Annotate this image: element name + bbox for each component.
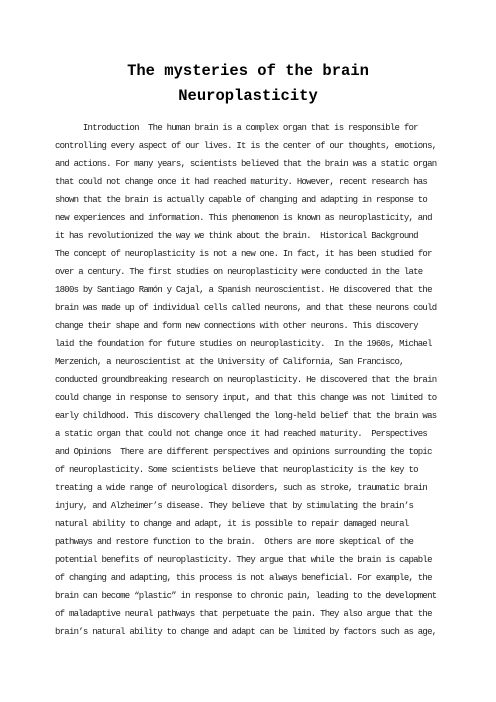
text-line: controlling every aspect of our lives. I… <box>55 137 451 155</box>
text-line: laid the foundation for future studies o… <box>55 335 451 353</box>
text-line: could change in response to sensory inpu… <box>55 389 451 407</box>
text-line: shown that the brain is actually capable… <box>55 191 451 209</box>
text-line: of maladaptive neural pathways that perp… <box>55 605 451 623</box>
text-line: brain was made up of individual cells ca… <box>55 299 451 317</box>
text-line: and Opinions There are different perspec… <box>55 443 451 461</box>
text-line: treating a wide range of neurological di… <box>55 479 451 497</box>
text-line: over a century. The first studies on neu… <box>55 263 451 281</box>
text-line: conducted groundbreaking research on neu… <box>55 371 451 389</box>
document-page: The mysteries of the brainNeuroplasticit… <box>0 0 496 702</box>
text-line: of changing and adapting, this process i… <box>55 569 451 587</box>
text-line: a static organ that could not change onc… <box>55 425 451 443</box>
text-line: injury, and Alzheimer’s disease. They be… <box>55 497 451 515</box>
text-line: brain can become “plastic” in response t… <box>55 587 451 605</box>
text-line: natural ability to change and adapt, it … <box>55 515 451 533</box>
title-line-1: The mysteries of the brain <box>127 62 369 80</box>
text-line: brain’s natural ability to change and ad… <box>55 623 451 641</box>
text-line: that could not change once it had reache… <box>55 173 451 191</box>
text-line: Introduction The human brain is a comple… <box>55 119 451 137</box>
text-line: The concept of neuroplasticity is not a … <box>55 245 451 263</box>
text-line: it has revolutionized the way we think a… <box>55 227 451 245</box>
title-line-2: Neuroplasticity <box>178 87 318 105</box>
text-line: Merzenich, a neuroscientist at the Unive… <box>55 353 451 371</box>
text-line: of neuroplasticity. Some scientists beli… <box>55 461 451 479</box>
document-title: The mysteries of the brainNeuroplasticit… <box>0 59 496 109</box>
text-line: pathways and restore function to the bra… <box>55 533 451 551</box>
text-line: potential benefits of neuroplasticity. T… <box>55 551 451 569</box>
text-line: and actions. For many years, scientists … <box>55 155 451 173</box>
text-line: change their shape and form new connecti… <box>55 317 451 335</box>
text-line: new experiences and information. This ph… <box>55 209 451 227</box>
text-line: early childhood. This discovery challeng… <box>55 407 451 425</box>
text-line: 1800s by Santiago Ramón y Cajal, a Spani… <box>55 281 451 299</box>
document-body: Introduction The human brain is a comple… <box>55 119 451 641</box>
